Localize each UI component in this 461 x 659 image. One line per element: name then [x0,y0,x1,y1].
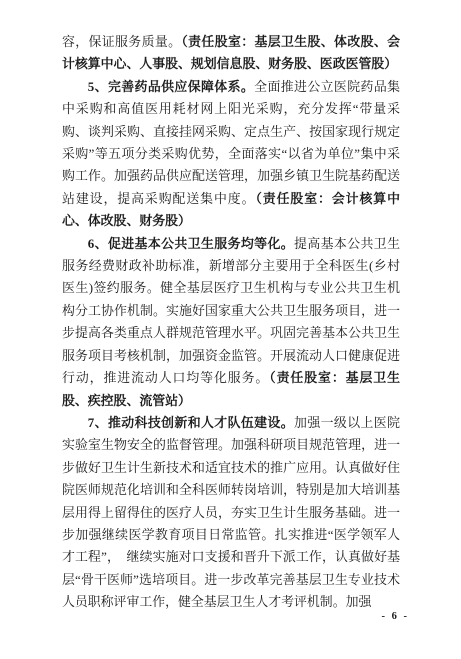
document-body: 容，保证服务质量。（责任股室：基层卫生股、体改股、会计核算中心、人事股、规划信息… [62,31,400,614]
text-run: 加强一级以上医院实验室生物安全的监督管理。加强科研项目规范管理，进一步做好卫生计… [62,416,400,609]
document-page: 容，保证服务质量。（责任股室：基层卫生股、体改股、会计核算中心、人事股、规划信息… [0,0,461,659]
paragraph: 6、促进基本公共卫生服务均等化。提高基本公共卫生服务经费财政补助标准，新增部分主… [62,233,400,412]
bold-text-run: 7、推动科技创新和人才队伍建设。 [88,416,294,430]
paragraph: 容，保证服务质量。（责任股室：基层卫生股、体改股、会计核算中心、人事股、规划信息… [62,31,400,76]
bold-text-run: 6、促进基本公共卫生服务均等化。 [88,237,294,251]
text-run: 容，保证服务质量。 [62,35,181,49]
paragraph: 5、完善药品供应保障体系。全面推进公立医院药品集中采购和高值医用耗材网上阳光采购… [62,76,400,233]
text-run: 全面推进公立医院药品集中采购和高值医用耗材网上阳光采购，充分发挥“带量采购、谈判… [62,80,400,206]
bold-text-run: 5、完善药品供应保障体系。 [88,80,254,94]
page-number: - 6 - [382,611,410,622]
text-run: 提高基本公共卫生服务经费财政补助标准，新增部分主要用于全科医生(乡村医生)签约服… [62,237,400,385]
paragraph: 7、推动科技创新和人才队伍建设。加强一级以上医院实验室生物安全的监督管理。加强科… [62,412,400,614]
